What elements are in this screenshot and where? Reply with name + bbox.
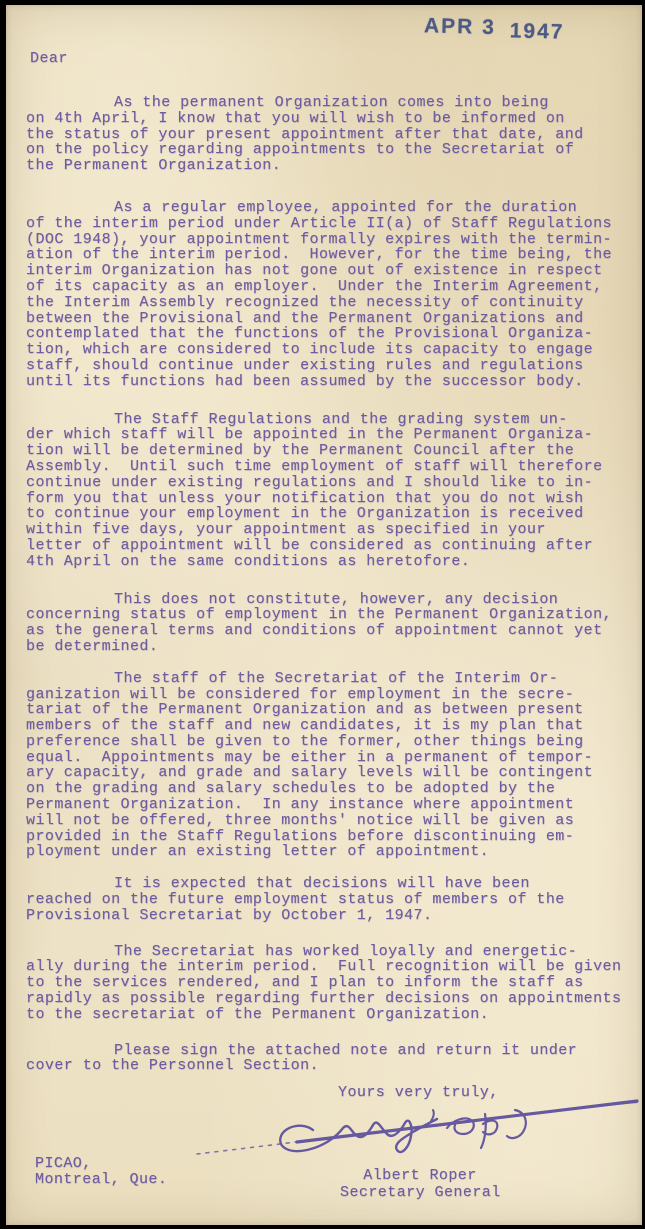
paragraph-4: This does not constitute, however, any d…: [26, 592, 641, 655]
signature-title: Secretary General: [340, 1185, 500, 1202]
paragraph-1: As the permanent Organization comes into…: [26, 95, 641, 174]
paragraph-5: The staff of the Secretariat of the Inte…: [26, 671, 641, 861]
paragraph-7: The Secretariat has worked loyally and e…: [26, 944, 641, 1023]
letter-body: As the permanent Organization comes into…: [26, 95, 641, 1074]
sender-org: PICAO,: [35, 1156, 167, 1172]
date-stamp: APR 31947: [424, 14, 565, 41]
paragraph-6: It is expected that decisions will have …: [26, 876, 641, 923]
paragraph-3: The Staff Regulations and the grading sy…: [26, 412, 641, 570]
signature-name: Albert Roper: [340, 1168, 500, 1185]
salutation: Dear: [30, 50, 68, 67]
signature-scrawl: [185, 1092, 645, 1170]
sender-location: Montreal, Que.: [35, 1172, 167, 1188]
paragraph-2: As a regular employee, appointed for the…: [26, 200, 641, 390]
scanned-letter-page: APR 31947 Dear As the permanent Organiza…: [0, 0, 645, 1229]
sender-address: PICAO, Montreal, Que.: [35, 1156, 167, 1188]
date-stamp-year: 1947: [509, 19, 564, 44]
date-stamp-month-day: APR 3: [424, 14, 496, 39]
paragraph-8: Please sign the attached note and return…: [26, 1043, 641, 1075]
signature-block: Albert Roper Secretary General: [340, 1168, 500, 1201]
